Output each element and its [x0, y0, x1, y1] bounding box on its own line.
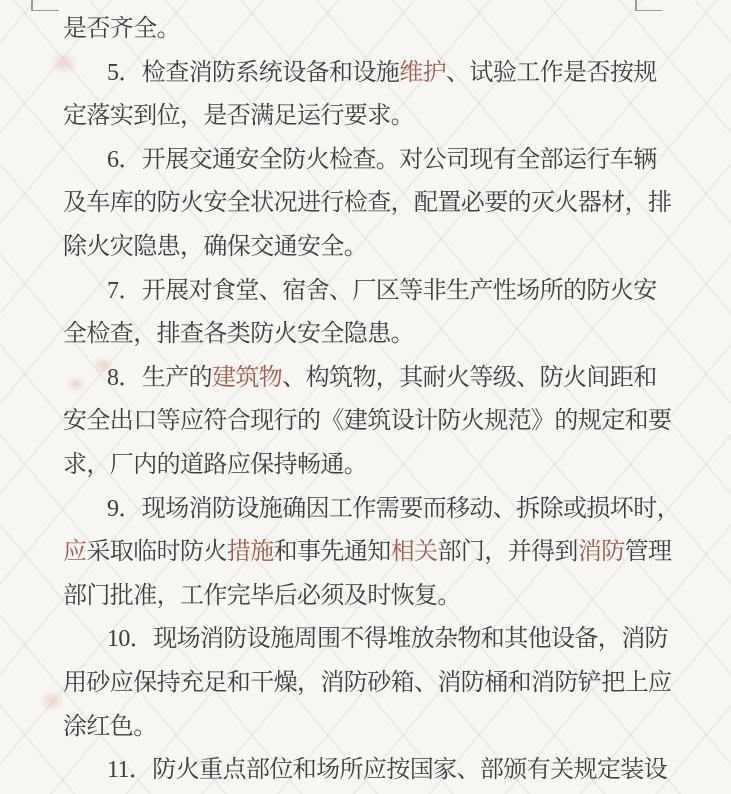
- text-line: 定落实到位，是否满足运行要求。: [63, 95, 671, 139]
- text-segment: 管理: [625, 539, 672, 565]
- text-segment: 部门批准，工作完毕后必须及时恢复。: [63, 583, 461, 609]
- text-segment: 安全出口等应符合现行的《建筑设计防火规范》的规定和要: [63, 408, 671, 434]
- text-segment: 除火灾隐患，确保交通安全。: [63, 234, 367, 260]
- text-segment: 及车库的防火安全状况进行检查，配置必要的灭火器材，排: [63, 190, 671, 216]
- text-segment: 用砂应保持充足和干燥，消防砂箱、消防桶和消防铲把上应: [63, 670, 671, 696]
- text-line: 应采取临时防火措施和事先通知相关部门，并得到消防管理: [63, 531, 671, 575]
- text-line: 涂红色。: [63, 706, 671, 750]
- text-line: 全检查，排查各类防火安全隐患。: [63, 313, 671, 357]
- document-text: 是否齐全。5．检查消防系统设备和设施维护、试验工作是否按规定落实到位，是否满足运…: [0, 0, 731, 793]
- text-line: 是否齐全。: [63, 8, 671, 52]
- tinted-text-segment: 应: [63, 539, 86, 565]
- text-segment: 全检查，排查各类防火安全隐患。: [63, 321, 414, 347]
- text-line: 及车库的防火安全状况进行检查，配置必要的灭火器材，排: [63, 182, 671, 226]
- text-line: 安全出口等应符合现行的《建筑设计防火规范》的规定和要: [63, 400, 671, 444]
- tinted-text-segment: 消防: [578, 539, 625, 565]
- tinted-text-segment: 维护: [399, 60, 446, 86]
- text-segment: 部门，并得到: [437, 539, 577, 565]
- text-line: 8．生产的建筑物、构筑物，其耐火等级、防火间距和: [63, 357, 671, 401]
- text-segment: 、构筑物，其耐火等级、防火间距和: [282, 365, 656, 391]
- text-segment: 涂红色。: [63, 714, 157, 740]
- tinted-text-segment: 措施: [227, 539, 274, 565]
- text-segment: 9．现场消防设施确因工作需要而移动、拆除或损坏时，: [107, 496, 680, 522]
- text-line: 10．现场消防设施周围不得堆放杂物和其他设备，消防: [63, 618, 671, 662]
- text-segment: 定落实到位，是否满足运行要求。: [63, 103, 414, 129]
- text-line: 5．检查消防系统设备和设施维护、试验工作是否按规: [63, 52, 671, 96]
- text-line: 7．开展对食堂、宿舍、厂区等非生产性场所的防火安: [63, 270, 671, 314]
- text-segment: 求，厂内的道路应保持畅通。: [63, 452, 367, 478]
- text-line: 11．防火重点部位和场所应按国家、部颁有关规定装设: [63, 749, 671, 793]
- text-line: 用砂应保持充足和干燥，消防砂箱、消防桶和消防铲把上应: [63, 662, 671, 706]
- text-segment: 8．生产的: [107, 365, 212, 391]
- text-segment: 采取临时防火: [86, 539, 226, 565]
- text-line: 6．开展交通安全防火检查。对公司现有全部运行车辆: [63, 139, 671, 183]
- tinted-text-segment: 建筑物: [212, 365, 282, 391]
- text-segment: 10．现场消防设施周围不得堆放杂物和其他设备，消防: [107, 626, 668, 652]
- text-line: 除火灾隐患，确保交通安全。: [63, 226, 671, 270]
- text-segment: 和事先通知: [274, 539, 391, 565]
- text-line: 9．现场消防设施确因工作需要而移动、拆除或损坏时，: [63, 488, 671, 532]
- text-segment: 5．检查消防系统设备和设施: [107, 60, 399, 86]
- text-segment: 6．开展交通安全防火检查。对公司现有全部运行车辆: [107, 147, 657, 173]
- text-line: 部门批准，工作完毕后必须及时恢复。: [63, 575, 671, 619]
- tinted-text-segment: 相关: [391, 539, 438, 565]
- text-line: 求，厂内的道路应保持畅通。: [63, 444, 671, 488]
- text-segment: 7．开展对食堂、宿舍、厂区等非生产性场所的防火安: [107, 278, 657, 304]
- text-segment: 11．防火重点部位和场所应按国家、部颁有关规定装设: [107, 757, 667, 783]
- document-page: 是否齐全。5．检查消防系统设备和设施维护、试验工作是否按规定落实到位，是否满足运…: [0, 0, 731, 794]
- text-segment: 是否齐全。: [63, 16, 180, 42]
- text-segment: 、试验工作是否按规: [446, 60, 657, 86]
